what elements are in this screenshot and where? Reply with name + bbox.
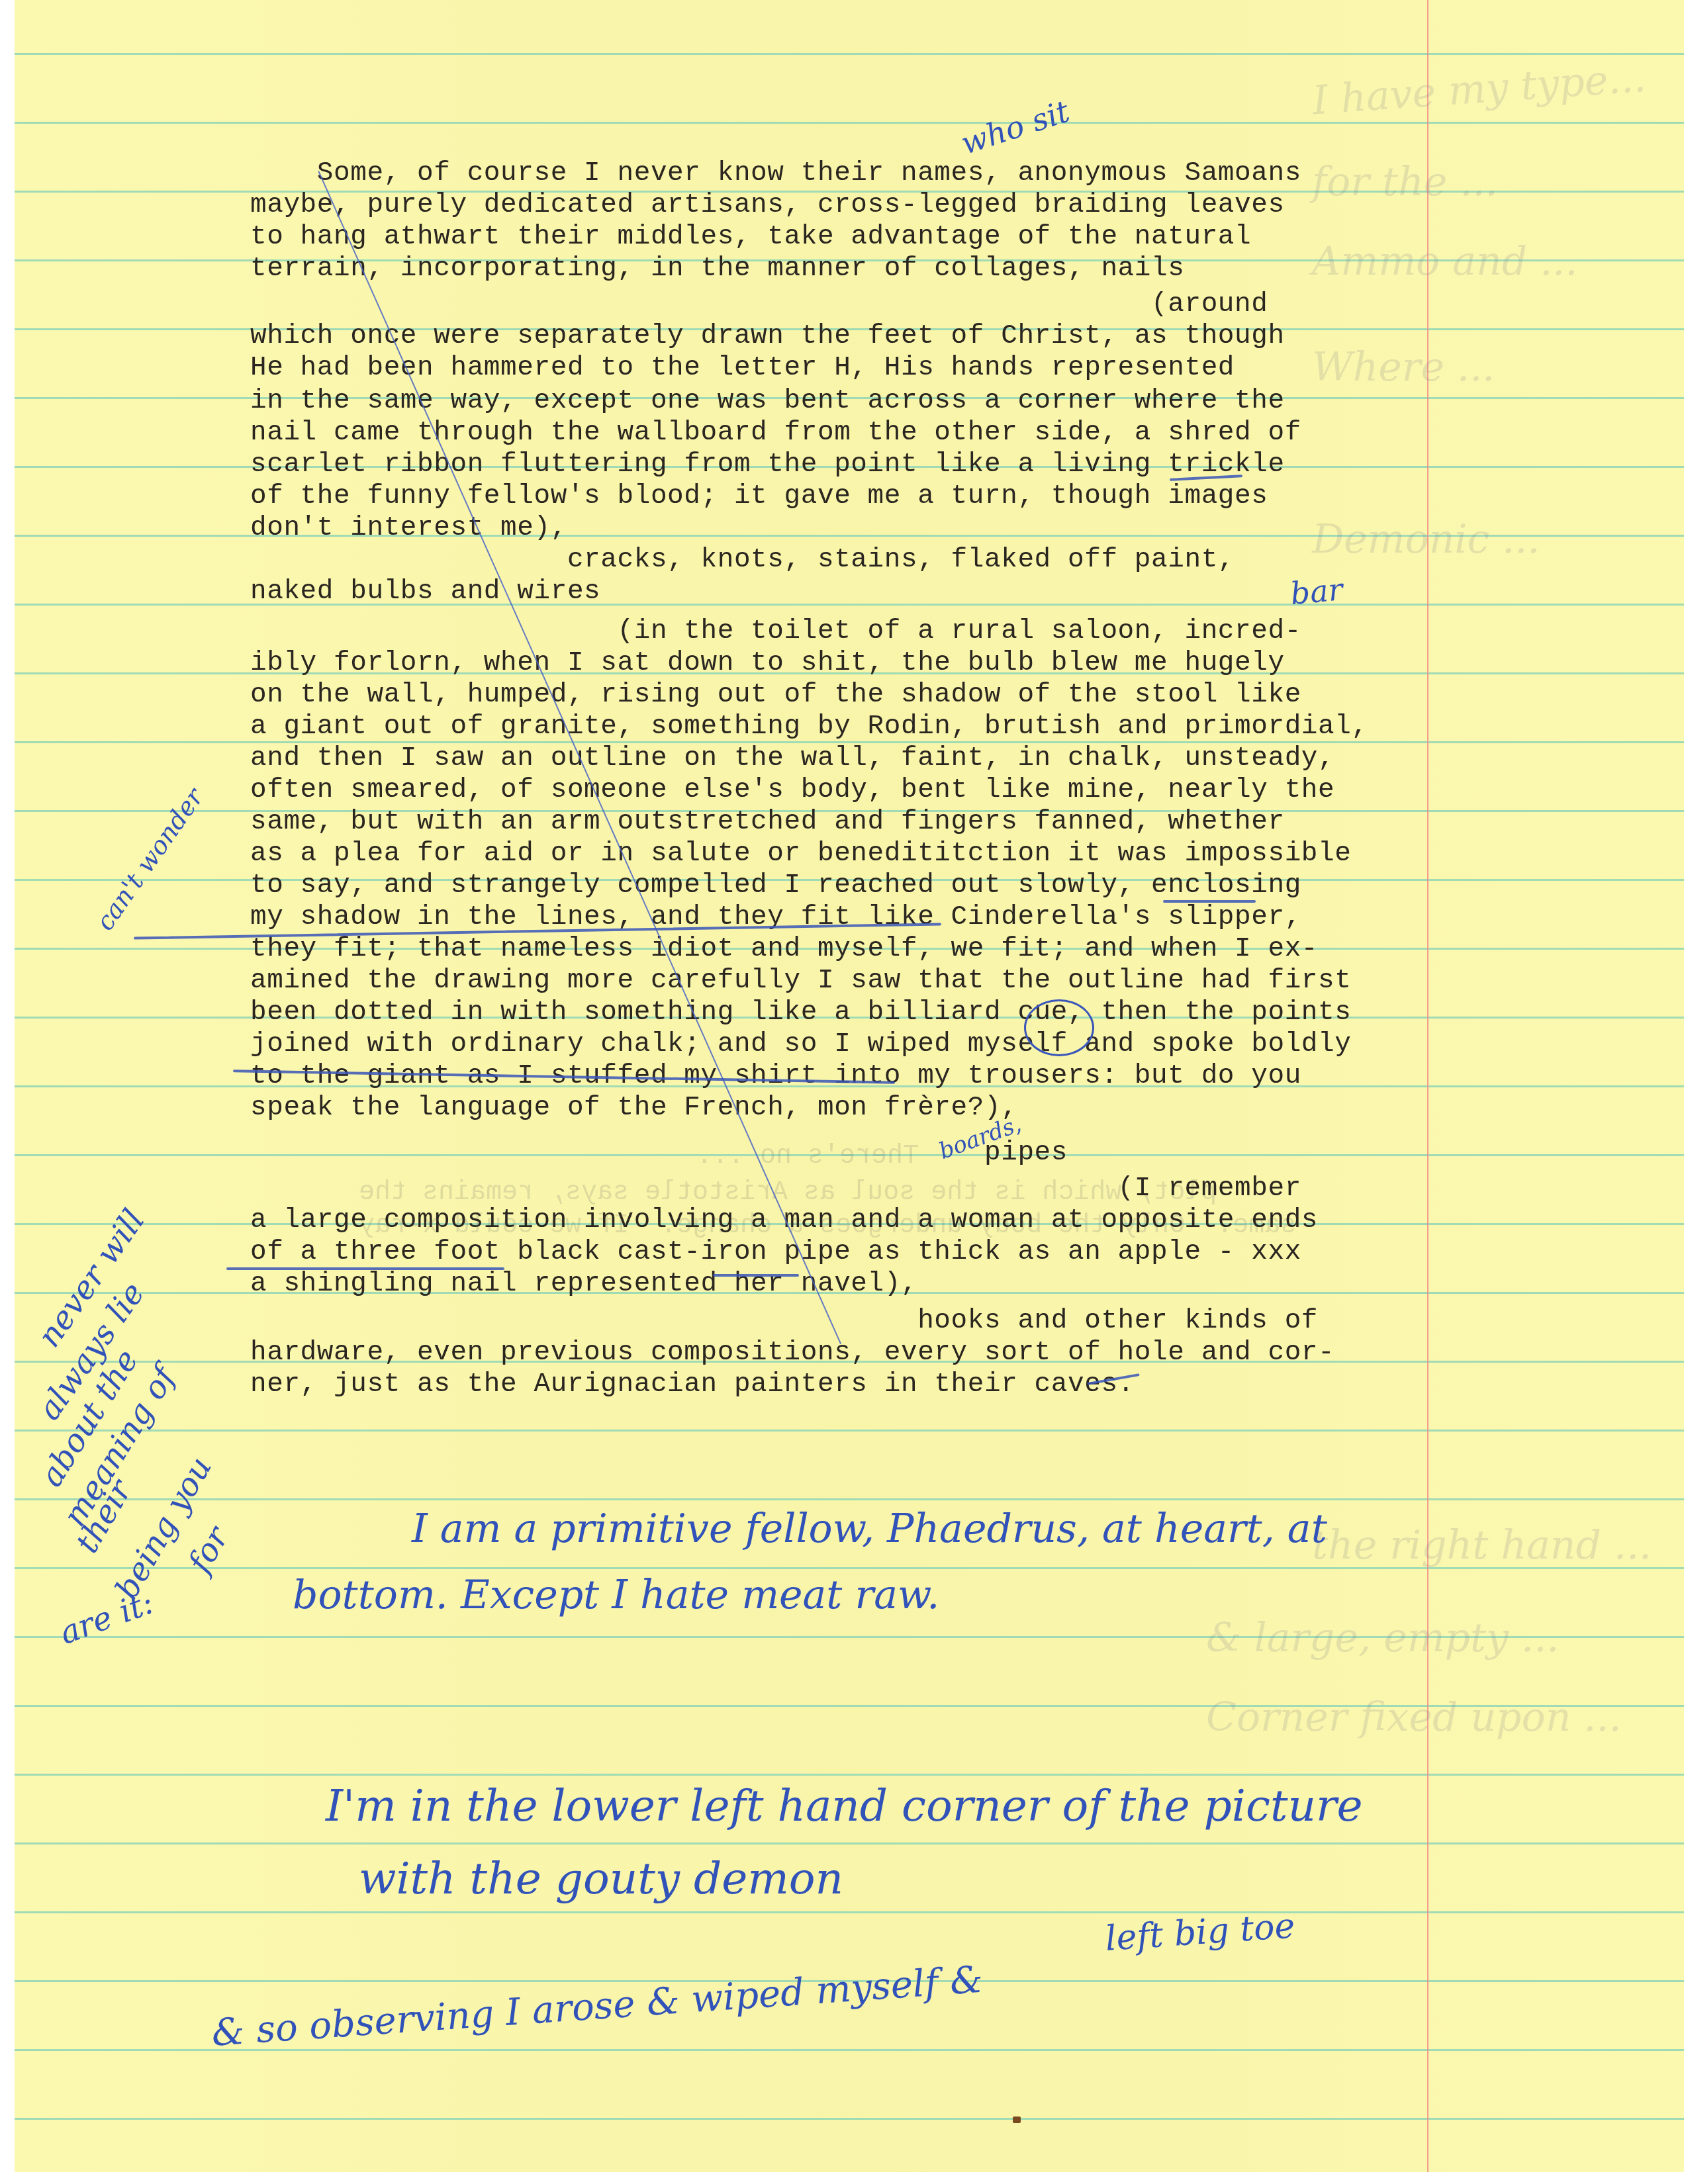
- note-primitive-fellow-line-1: I am a primitive fellow, Phaedrus, at he…: [412, 1506, 1327, 1552]
- typed-line: same, but with an arm outstretched and f…: [250, 806, 1285, 838]
- typed-line: He had been hammered to the letter H, Hi…: [250, 352, 1235, 384]
- typed-line: a shingling nail represented her navel),: [250, 1268, 917, 1300]
- typed-line: they fit; that nameless idiot and myself…: [250, 933, 1318, 965]
- typed-line: cracks, knots, stains, flaked off paint,: [250, 544, 1235, 576]
- typed-line: scarlet ribbon fluttering from the point…: [250, 449, 1285, 480]
- margin-note-for: for: [181, 1521, 236, 1579]
- typed-line: amined the drawing more carefully I saw …: [250, 965, 1351, 997]
- bleed-through-text: Ammo and ...: [1312, 238, 1577, 285]
- insertion-who-sit: who sit: [957, 93, 1074, 161]
- circled-then: [1024, 999, 1094, 1056]
- insertion-bar: bar: [1289, 571, 1344, 612]
- strikeout-slowly: [1163, 900, 1256, 903]
- bleed-through-text: for the ...: [1312, 159, 1498, 205]
- note-so-observing: & so observing I arose & wiped myself &: [210, 1958, 984, 2055]
- rule-line: [15, 1843, 1684, 1844]
- typed-line: ner, just as the Aurignacian painters in…: [250, 1369, 1135, 1400]
- typed-line: (around: [250, 289, 1268, 320]
- typed-line: nail came through the wallboard from the…: [250, 417, 1301, 449]
- typed-line: of the funny fellow's blood; it gave me …: [250, 480, 1268, 512]
- margin-note-cant-wonder: can't wonder: [90, 783, 209, 936]
- typed-line: a giant out of granite, something by Rod…: [250, 711, 1368, 743]
- bleed-through-text: & large, empty ...: [1206, 1615, 1559, 1661]
- ink-stain: [1013, 2116, 1021, 2123]
- margin-note-are-it: are it:: [55, 1584, 158, 1652]
- typed-line: a large composition involving a man and …: [250, 1205, 1318, 1236]
- typed-line: to say, and strangely compelled I reache…: [250, 870, 1301, 901]
- note-lower-left-corner-line-1: I'm in the lower left hand corner of the…: [326, 1780, 1363, 1831]
- rule-line: [15, 1430, 1684, 1432]
- rule-line: [15, 122, 1684, 124]
- rule-line: [15, 1498, 1684, 1500]
- typed-line: to the giant as I stuffed my shirt into …: [250, 1060, 1301, 1092]
- rule-line: [15, 1911, 1684, 1913]
- legal-pad-page: I have my type... for the ... Ammo and .…: [15, 0, 1684, 2172]
- typed-line: on the wall, humped, rising out of the s…: [250, 679, 1301, 711]
- bleed-through-text: Demonic ...: [1312, 516, 1540, 563]
- rule-line: [15, 53, 1684, 55]
- bleed-through-text: the right hand ...: [1312, 1522, 1652, 1569]
- typed-line: joined with ordinary chalk; and so I wip…: [250, 1028, 1351, 1060]
- typed-line: hardware, even previous compositions, ev…: [250, 1337, 1334, 1369]
- note-left-big-toe: left big toe: [1104, 1906, 1296, 1959]
- typed-line: naked bulbs and wires: [250, 576, 600, 608]
- rule-line: [15, 1774, 1684, 1776]
- note-lower-left-corner-line-2: with the gouty demon: [359, 1853, 843, 1904]
- typed-line: maybe, purely dedicated artisans, cross-…: [250, 189, 1285, 221]
- strikeout-shingling-nail: [226, 1267, 504, 1270]
- typed-line: (in the toilet of a rural saloon, incred…: [250, 615, 1301, 647]
- bleed-through-text: Corner fixed upon ...: [1206, 1694, 1622, 1741]
- typed-line: Some, of course I never know their names…: [250, 158, 1301, 189]
- typed-line: hooks and other kinds of: [250, 1305, 1318, 1337]
- typed-line: been dotted in with something like a bil…: [250, 997, 1351, 1028]
- bleed-through-text: I have my type...: [1311, 54, 1647, 124]
- note-primitive-fellow-line-2: bottom. Except I hate meat raw.: [293, 1572, 939, 1618]
- strikeout-her-navel: [713, 1274, 799, 1277]
- typed-line: often smeared, of someone else's body, b…: [250, 774, 1334, 806]
- typed-line: terrain, incorporating, in the manner of…: [250, 253, 1184, 285]
- typed-line: don't interest me),: [250, 512, 567, 544]
- typed-line: of a three foot black cast-iron pipe as …: [250, 1236, 1301, 1268]
- typed-line: which once were separately drawn the fee…: [250, 320, 1285, 352]
- typed-line: my shadow in the lines, and they fit lik…: [250, 901, 1301, 933]
- typed-line: ibly forlorn, when I sat down to shit, t…: [250, 647, 1285, 679]
- typed-line: speak the language of the French, mon fr…: [250, 1092, 1017, 1124]
- bleed-through-text: Where ...: [1312, 344, 1495, 390]
- typed-line: to hang athwart their middles, take adva…: [250, 221, 1251, 253]
- typed-line: as a plea for aid or in salute or benedi…: [250, 838, 1351, 870]
- rule-line: [15, 2118, 1684, 2120]
- typed-line: in the same way, except one was bent acr…: [250, 385, 1285, 417]
- margin-line: [1427, 0, 1428, 2172]
- typed-line: and then I saw an outline on the wall, f…: [250, 743, 1334, 774]
